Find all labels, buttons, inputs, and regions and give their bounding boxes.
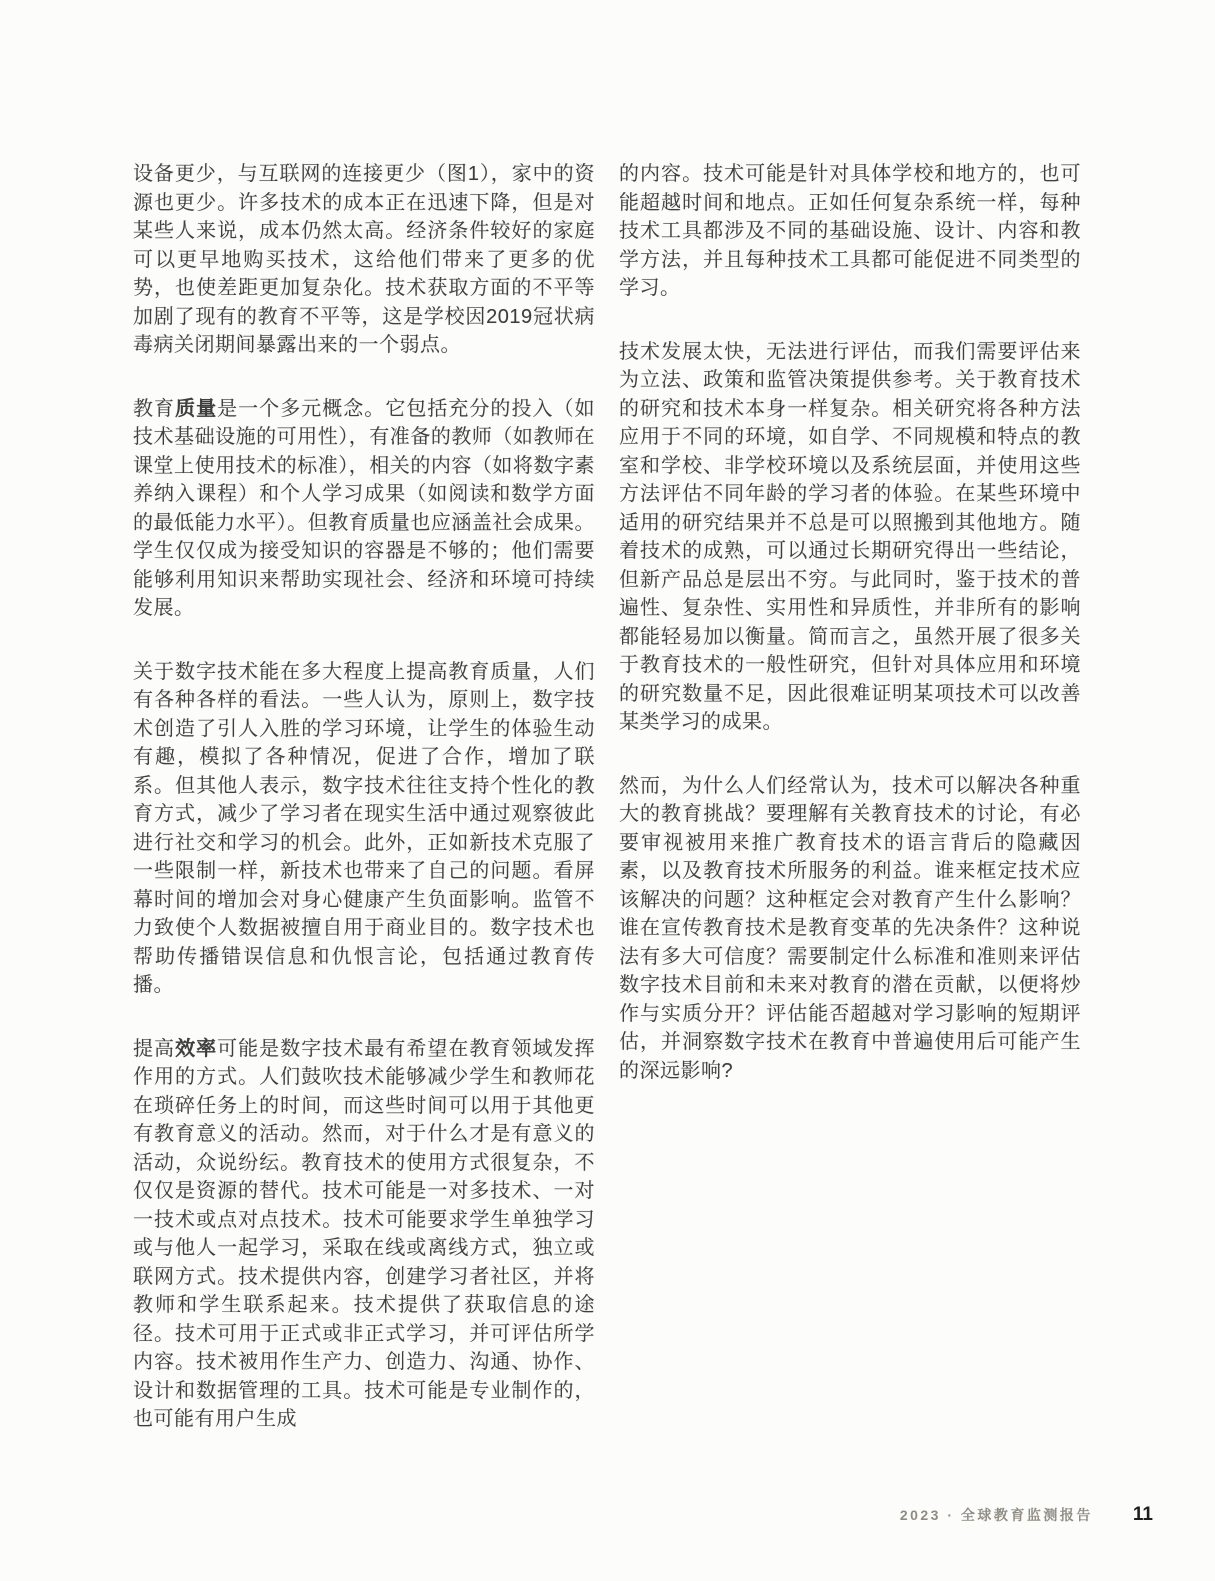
paragraph: 教育质量是一个多元概念。它包括充分的投入（如技术基础设施的可用性），有准备的教师… bbox=[133, 395, 595, 623]
paragraph: 然而，为什么人们经常认为，技术可以解决各种重大的教育挑战？要理解有关教育技术的讨… bbox=[619, 772, 1081, 1086]
paragraph: 的内容。技术可能是针对具体学校和地方的，也可能超越时间和地点。正如任何复杂系统一… bbox=[619, 160, 1081, 303]
page-number: 11 bbox=[1133, 1504, 1153, 1526]
emphasis-text: 质量 bbox=[175, 398, 217, 420]
paragraph: 提高效率可能是数字技术最有希望在教育领域发挥作用的方式。人们鼓吹技术能够减少学生… bbox=[133, 1035, 595, 1434]
emphasis-text: 效率 bbox=[175, 1038, 217, 1060]
body-text: 关于数字技术能在多大程度上提高教育质量，人们有各种各样的看法。一些人认为，原则上… bbox=[133, 661, 595, 997]
paragraph: 技术发展太快，无法进行评估，而我们需要评估来为立法、政策和监管决策提供参考。关于… bbox=[619, 338, 1081, 737]
body-text: 提高 bbox=[133, 1038, 175, 1060]
page-footer: 2023 · 全球教育监测报告 11 bbox=[900, 1504, 1153, 1526]
body-text: 是一个多元概念。它包括充分的投入（如技术基础设施的可用性），有准备的教师（如教师… bbox=[133, 398, 595, 620]
left-column: 设备更少，与互联网的连接更少（图1），家中的资源也更少。许多技术的成本正在迅速下… bbox=[133, 160, 595, 1469]
body-text: 然而，为什么人们经常认为，技术可以解决各种重大的教育挑战？要理解有关教育技术的讨… bbox=[619, 775, 1081, 1082]
body-text: 教育 bbox=[133, 398, 175, 420]
body-text: 可能是数字技术最有希望在教育领域发挥作用的方式。人们鼓吹技术能够减少学生和教师花… bbox=[133, 1038, 595, 1431]
body-text: 设备更少，与互联网的连接更少（图1），家中的资源也更少。许多技术的成本正在迅速下… bbox=[133, 163, 595, 356]
report-title: 2023 · 全球教育监测报告 bbox=[900, 1505, 1093, 1525]
text-columns: 设备更少，与互联网的连接更少（图1），家中的资源也更少。许多技术的成本正在迅速下… bbox=[133, 160, 1081, 1469]
paragraph: 设备更少，与互联网的连接更少（图1），家中的资源也更少。许多技术的成本正在迅速下… bbox=[133, 160, 595, 360]
document-page: 设备更少，与互联网的连接更少（图1），家中的资源也更少。许多技术的成本正在迅速下… bbox=[0, 0, 1215, 1581]
body-text: 技术发展太快，无法进行评估，而我们需要评估来为立法、政策和监管决策提供参考。关于… bbox=[619, 341, 1081, 734]
body-text: 的内容。技术可能是针对具体学校和地方的，也可能超越时间和地点。正如任何复杂系统一… bbox=[619, 163, 1081, 299]
paragraph: 关于数字技术能在多大程度上提高教育质量，人们有各种各样的看法。一些人认为，原则上… bbox=[133, 658, 595, 1000]
right-column: 的内容。技术可能是针对具体学校和地方的，也可能超越时间和地点。正如任何复杂系统一… bbox=[619, 160, 1081, 1469]
